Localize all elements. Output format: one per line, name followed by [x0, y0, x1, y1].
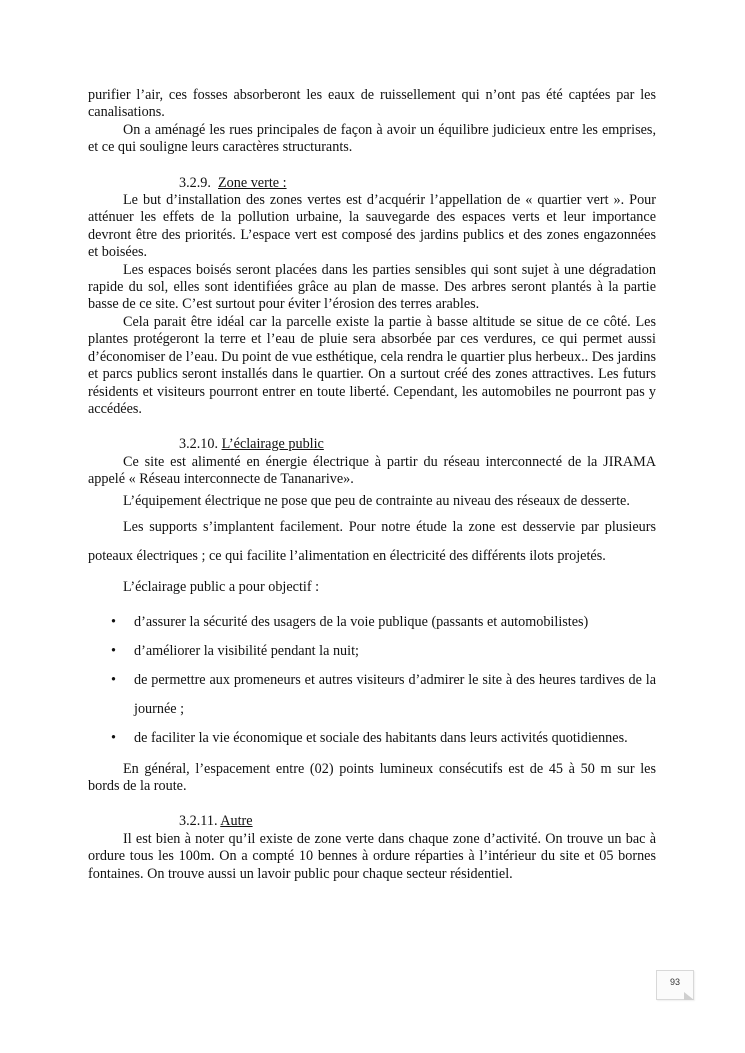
section-heading-3-2-9: 3.2.9. Zone verte : [88, 175, 656, 192]
document-page: purifier l’air, ces fosses absorberont l… [88, 87, 656, 883]
bullet-icon: • [111, 637, 116, 666]
bullet-icon: • [111, 724, 116, 753]
section-title: Zone verte : [218, 175, 287, 191]
page-number-badge: 93 [656, 970, 694, 1000]
intro-paragraph-2: On a aménagé les rues principales de faç… [88, 122, 656, 157]
section-number: 3.2.9. [179, 175, 211, 191]
list-item-text: d’améliorer la visibilité pendant la nui… [134, 643, 359, 659]
intro-paragraph-1: purifier l’air, ces fosses absorberont l… [88, 87, 656, 122]
page-number: 93 [657, 977, 693, 987]
section-title: L’éclairage public [222, 436, 324, 452]
list-item: • de permettre aux promeneurs et autres … [88, 666, 656, 724]
section-heading-3-2-11: 3.2.11. Autre [88, 813, 656, 830]
objectives-list: • d’assurer la sécurité des usagers de l… [88, 608, 656, 753]
list-item-text: de faciliter la vie économique et social… [134, 730, 628, 746]
list-item-text: d’assurer la sécurité des usagers de la … [134, 614, 588, 630]
list-item: • de faciliter la vie économique et soci… [88, 724, 656, 753]
eclairage-paragraph-4: L’éclairage public a pour objectif : [88, 573, 656, 602]
zone-verte-paragraph-1: Le but d’installation des zones vertes e… [88, 192, 656, 262]
section-number: 3.2.10. [179, 436, 218, 452]
list-item-text: de permettre aux promeneurs et autres vi… [134, 672, 656, 717]
section-title: Autre [220, 813, 252, 829]
autre-paragraph-1: Il est bien à noter qu’il existe de zone… [88, 831, 656, 883]
eclairage-paragraph-3: Les supports s’implantent facilement. Po… [88, 513, 656, 571]
list-item: • d’améliorer la visibilité pendant la n… [88, 637, 656, 666]
bullet-icon: • [111, 666, 116, 695]
zone-verte-paragraph-3: Cela parait être idéal car la parcelle e… [88, 314, 656, 418]
eclairage-closing-paragraph: En général, l’espacement entre (02) poin… [88, 761, 656, 796]
bullet-icon: • [111, 608, 116, 637]
list-item: • d’assurer la sécurité des usagers de l… [88, 608, 656, 637]
section-heading-3-2-10: 3.2.10. L’éclairage public [88, 436, 656, 453]
eclairage-paragraph-2: L’équipement électrique ne pose que peu … [88, 492, 656, 511]
page-curl-icon [684, 992, 694, 1000]
section-number: 3.2.11. [179, 813, 218, 829]
eclairage-paragraph-1: Ce site est alimenté en énergie électriq… [88, 454, 656, 489]
zone-verte-paragraph-2: Les espaces boisés seront placées dans l… [88, 262, 656, 314]
